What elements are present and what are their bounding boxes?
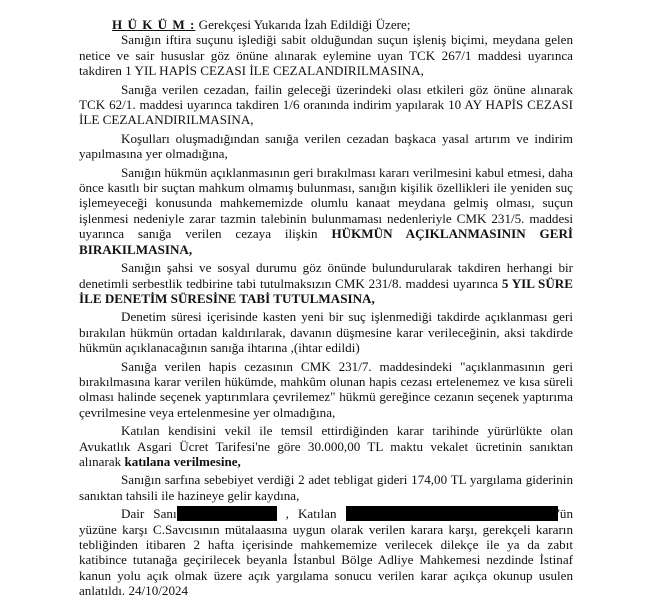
paragraph-reduction: Sanığa verilen cezadan, failin geleceği … xyxy=(79,82,573,128)
appeal-text-middle: , Katılan xyxy=(277,506,346,521)
probation-text: Sanığın şahsi ve sosyal durumu göz önünd… xyxy=(79,260,573,290)
paragraph-sentence: Sanığın iftira suçunu işlediği sabit old… xyxy=(79,32,573,78)
attorney-fee-decision: katılana verilmesine, xyxy=(124,454,240,469)
paragraph-no-adjustment: Koşulları oluşmadığından sanığa verilen … xyxy=(79,131,573,162)
verdict-subtitle: Gerekçesi Yukarıda İzah Edildiği Üzere; xyxy=(199,17,411,32)
verdict-title: H Ü K Ü M : xyxy=(112,17,195,32)
redacted-defendant-name xyxy=(177,506,277,521)
paragraph-deferral: Sanığın hükmün açıklanmasının geri bırak… xyxy=(79,165,573,257)
verdict-heading: H Ü K Ü M : Gerekçesi Yukarıda İzah Edil… xyxy=(79,17,573,32)
verdict-document: H Ü K Ü M : Gerekçesi Yukarıda İzah Edil… xyxy=(79,17,573,599)
appeal-text-start: Dair Sanı xyxy=(121,506,177,521)
paragraph-warning: Denetim süresi içerisinde kasten yeni bi… xyxy=(79,309,573,355)
paragraph-attorney-fee: Katılan kendisini vekil ile temsil ettir… xyxy=(79,423,573,469)
paragraph-court-costs: Sanığın sarfına sebebiyet verdiği 2 adet… xyxy=(79,472,573,503)
redacted-complainant-name xyxy=(346,506,558,521)
paragraph-probation: Sanığın şahsi ve sosyal durumu göz önünd… xyxy=(79,260,573,306)
paragraph-no-conversion: Sanığa verilen hapis cezasının CMK 231/7… xyxy=(79,359,573,421)
paragraph-appeal: Dair Sanı , Katılan 'ün yüzüne karşı C.S… xyxy=(79,506,573,598)
